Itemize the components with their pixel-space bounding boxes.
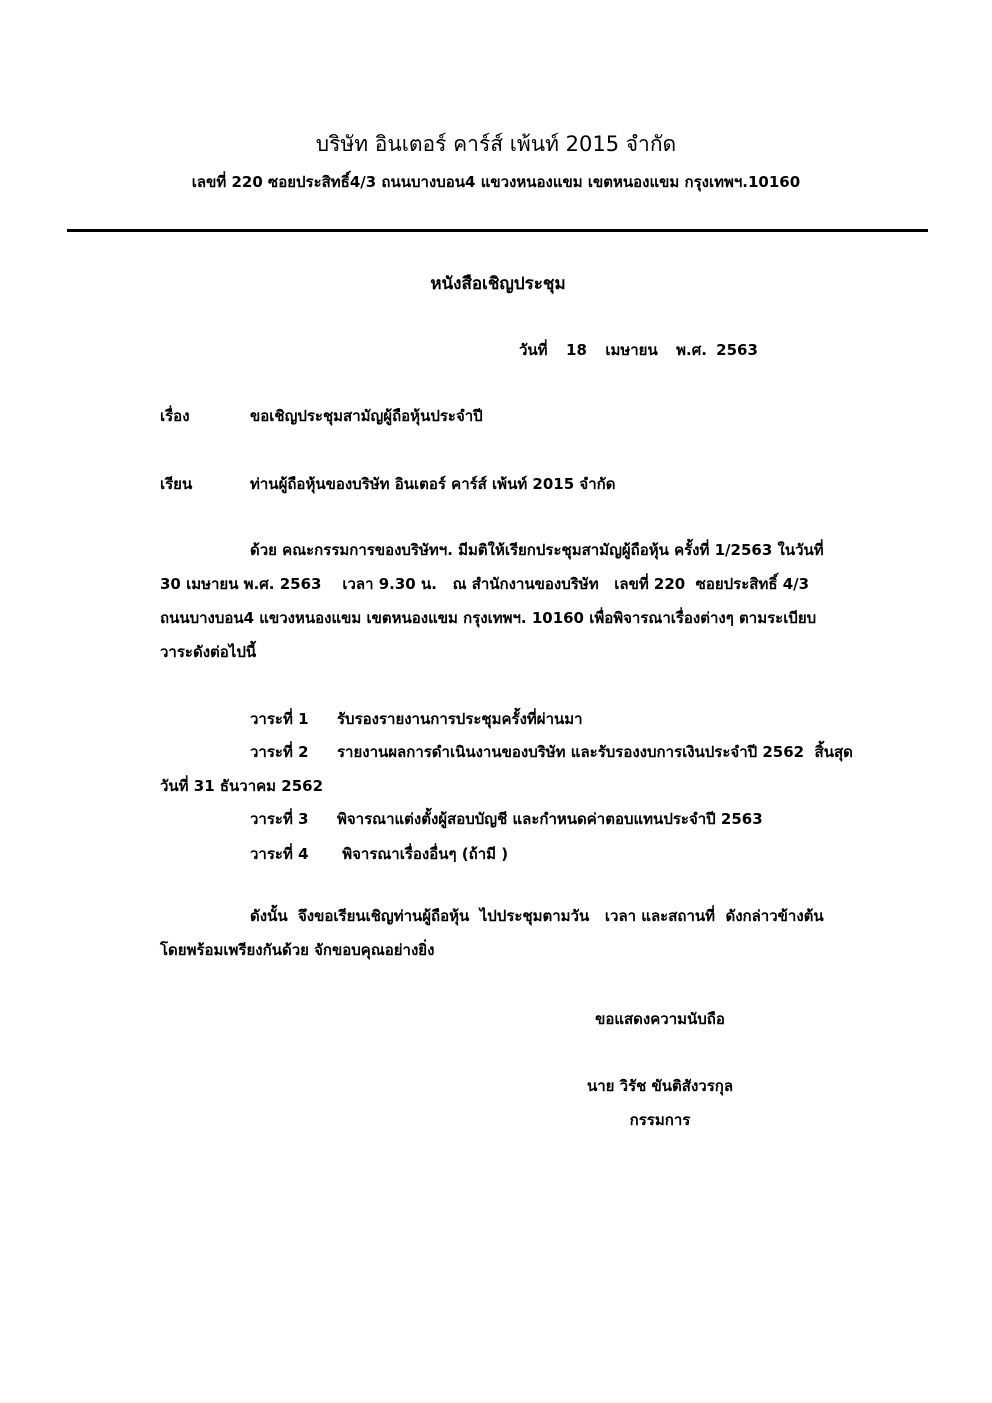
- intro-line: วาระดังต่อไปนี้: [160, 635, 910, 669]
- closing-paragraph: ดังนั้น จึงขอเรียนเชิญท่านผู้ถือหุ้น ไปป…: [160, 899, 910, 967]
- agenda-4-text: พิจารณาเรื่องอื่นๆ (ถ้ามี ): [337, 842, 508, 866]
- signatory-position: กรรมการ: [560, 1108, 760, 1132]
- company-address: เลขที่ 220 ซอยประสิทธิ์4/3 ถนนบางบอน4 แข…: [0, 170, 992, 194]
- document-date: วันที่ 18 เมษายน พ.ศ. 2563: [519, 338, 758, 362]
- document-title: หนังสือเชิญประชุม: [0, 270, 992, 297]
- company-name: บริษัท อินเตอร์ คาร์ส์ เพ้นท์ 2015 จำกัด: [0, 128, 992, 161]
- agenda-2-continuation: วันที่ 31 ธันวาคม 2562: [160, 774, 323, 798]
- subject-label: เรื่อง: [160, 404, 190, 428]
- agenda-1-text: รับรองรายงานการประชุมครั้งที่ผ่านมา: [337, 707, 583, 731]
- regards-text: ขอแสดงความนับถือ: [560, 1007, 760, 1031]
- intro-line: 30 เมษายน พ.ศ. 2563 เวลา 9.30 น. ณ สำนัก…: [160, 567, 910, 601]
- closing-line: ดังนั้น จึงขอเรียนเชิญท่านผู้ถือหุ้น ไปป…: [160, 899, 910, 933]
- agenda-2-label: วาระที่ 2: [250, 740, 309, 764]
- subject-value: ขอเชิญประชุมสามัญผู้ถือหุ้นประจำปี: [250, 404, 483, 428]
- signatory-name: นาย วิรัช ขันติสังวรกุล: [560, 1074, 760, 1098]
- closing-line: โดยพร้อมเพรียงกันด้วย จักขอบคุณอย่างยิ่ง: [160, 933, 910, 967]
- to-label: เรียน: [160, 472, 192, 496]
- header-divider: [67, 229, 928, 232]
- agenda-3-text: พิจารณาแต่งตั้งผู้สอบบัญชี และกำหนดค่าตอ…: [337, 807, 763, 831]
- to-value: ท่านผู้ถือหุ้นของบริษัท อินเตอร์ คาร์ส์ …: [250, 472, 615, 496]
- agenda-1-label: วาระที่ 1: [250, 707, 309, 731]
- intro-line: ถนนบางบอน4 แขวงหนองแขม เขตหนองแขม กรุงเท…: [160, 601, 910, 635]
- agenda-4-label: วาระที่ 4: [250, 842, 309, 866]
- agenda-3-label: วาระที่ 3: [250, 807, 309, 831]
- intro-line: ด้วย คณะกรรมการของบริษัทฯ. มีมติให้เรียก…: [160, 533, 910, 567]
- intro-paragraph: ด้วย คณะกรรมการของบริษัทฯ. มีมติให้เรียก…: [160, 533, 910, 669]
- agenda-2-text: รายงานผลการดำเนินงานของบริษัท และรับรองง…: [337, 740, 853, 764]
